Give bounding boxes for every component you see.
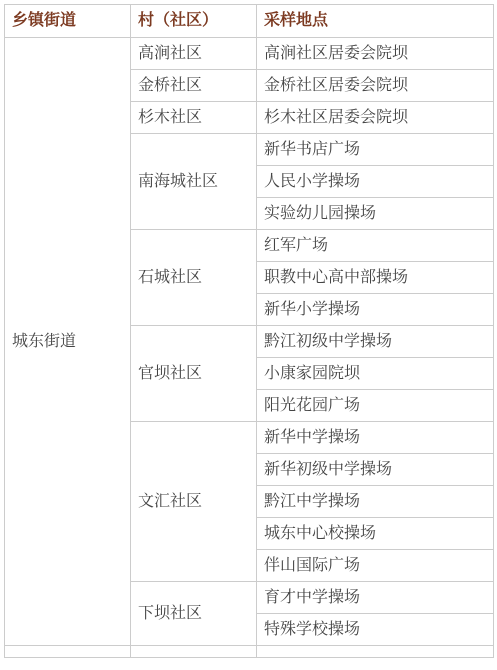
- site-cell: 高涧社区居委会院坝: [257, 38, 494, 70]
- site-cell: 人民小学操场: [257, 166, 494, 198]
- partial-next-row: [5, 646, 494, 658]
- header-community: 村（社区）: [131, 5, 257, 38]
- site-cell: 小康家园院坝: [257, 358, 494, 390]
- table-body: 城东街道高涧社区高涧社区居委会院坝金桥社区金桥社区居委会院坝杉木社区杉木社区居委…: [5, 38, 494, 658]
- site-cell: 新华书店广场: [257, 134, 494, 166]
- site-cell: 金桥社区居委会院坝: [257, 70, 494, 102]
- community-cell: 金桥社区: [131, 70, 257, 102]
- community-cell: 南海城社区: [131, 134, 257, 230]
- empty-cell: [257, 646, 494, 658]
- site-cell: 实验幼儿园操场: [257, 198, 494, 230]
- township-cell: 城东街道: [5, 38, 131, 646]
- table-row: 城东街道高涧社区高涧社区居委会院坝: [5, 38, 494, 70]
- community-cell: 高涧社区: [131, 38, 257, 70]
- site-cell: 阳光花园广场: [257, 390, 494, 422]
- site-cell: 新华初级中学操场: [257, 454, 494, 486]
- site-cell: 城东中心校操场: [257, 518, 494, 550]
- sampling-points-table: 乡镇街道 村（社区） 采样地点 城东街道高涧社区高涧社区居委会院坝金桥社区金桥社…: [4, 4, 494, 658]
- community-cell: 下坝社区: [131, 582, 257, 646]
- site-cell: 杉木社区居委会院坝: [257, 102, 494, 134]
- site-cell: 新华中学操场: [257, 422, 494, 454]
- site-cell: 育才中学操场: [257, 582, 494, 614]
- empty-cell: [131, 646, 257, 658]
- site-cell: 特殊学校操场: [257, 614, 494, 646]
- table-header-row: 乡镇街道 村（社区） 采样地点: [5, 5, 494, 38]
- community-cell: 文汇社区: [131, 422, 257, 582]
- site-cell: 伴山国际广场: [257, 550, 494, 582]
- site-cell: 黔江初级中学操场: [257, 326, 494, 358]
- header-township: 乡镇街道: [5, 5, 131, 38]
- community-cell: 官坝社区: [131, 326, 257, 422]
- site-cell: 职教中心高中部操场: [257, 262, 494, 294]
- site-cell: 红军广场: [257, 230, 494, 262]
- site-cell: 新华小学操场: [257, 294, 494, 326]
- empty-cell: [5, 646, 131, 658]
- community-cell: 石城社区: [131, 230, 257, 326]
- site-cell: 黔江中学操场: [257, 486, 494, 518]
- community-cell: 杉木社区: [131, 102, 257, 134]
- header-site: 采样地点: [257, 5, 494, 38]
- sampling-table-wrapper: 乡镇街道 村（社区） 采样地点 城东街道高涧社区高涧社区居委会院坝金桥社区金桥社…: [4, 4, 497, 658]
